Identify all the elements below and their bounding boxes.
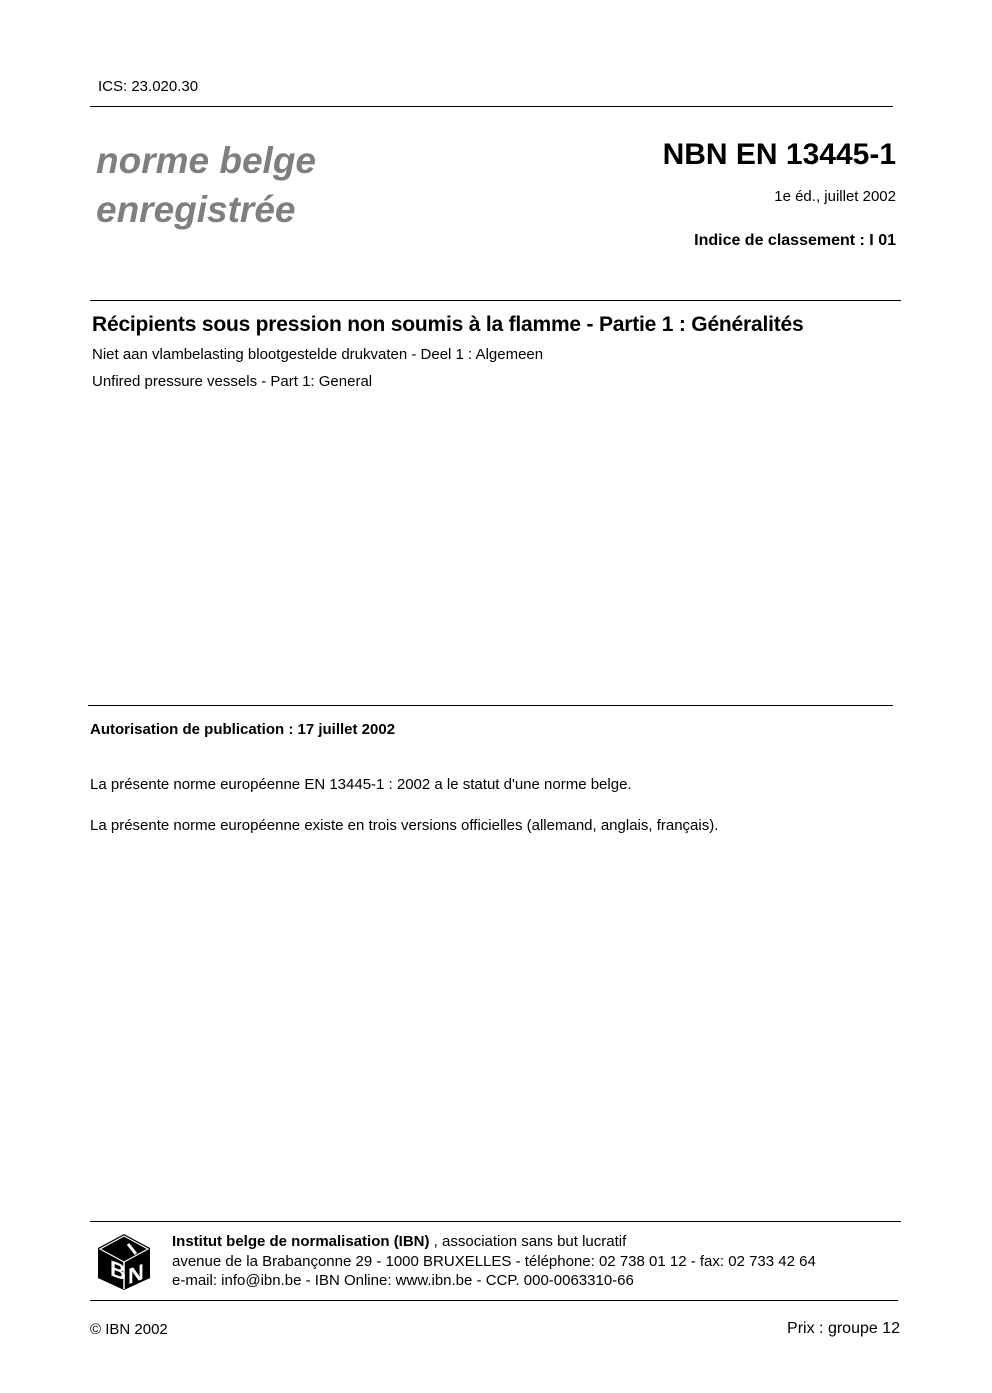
divider-footer-top: [90, 1221, 901, 1222]
status-paragraph: La présente norme européenne EN 13445-1 …: [90, 776, 632, 793]
versions-paragraph: La présente norme européenne existe en t…: [90, 817, 718, 834]
title-english: Unfired pressure vessels - Part 1: Gener…: [92, 373, 372, 390]
institute-address: avenue de la Brabançonne 29 - 1000 BRUXE…: [172, 1253, 816, 1270]
edition-date: 1e éd., juillet 2002: [774, 188, 896, 205]
norme-line-2: enregistrée: [96, 185, 316, 234]
copyright: © IBN 2002: [90, 1321, 168, 1338]
institute-suffix: , association sans but lucratif: [430, 1233, 627, 1250]
divider-publication: [88, 705, 893, 706]
divider-top: [90, 106, 893, 107]
classification-index: Indice de classement : I 01: [694, 232, 896, 250]
institute-contact: e-mail: info@ibn.be - IBN Online: www.ib…: [172, 1272, 634, 1289]
institute-line: Institut belge de normalisation (IBN) , …: [172, 1233, 626, 1250]
norme-belge-label: norme belge enregistrée: [96, 136, 316, 234]
divider-title: [90, 300, 901, 301]
standard-number: NBN EN 13445-1: [663, 138, 896, 172]
title-french: Récipients sous pression non soumis à la…: [92, 313, 804, 337]
publication-authorisation: Autorisation de publication : 17 juillet…: [90, 721, 395, 738]
institute-name: Institut belge de normalisation (IBN): [172, 1233, 430, 1250]
ibn-logo-icon: B N: [96, 1232, 152, 1292]
svg-text:N: N: [128, 1258, 144, 1289]
norme-line-1: norme belge: [96, 136, 316, 185]
price-group: Prix : groupe 12: [787, 1320, 900, 1338]
title-dutch: Niet aan vlambelasting blootgestelde dru…: [92, 346, 543, 363]
ics-code: ICS: 23.020.30: [98, 78, 198, 95]
divider-footer-bottom: [90, 1300, 898, 1301]
